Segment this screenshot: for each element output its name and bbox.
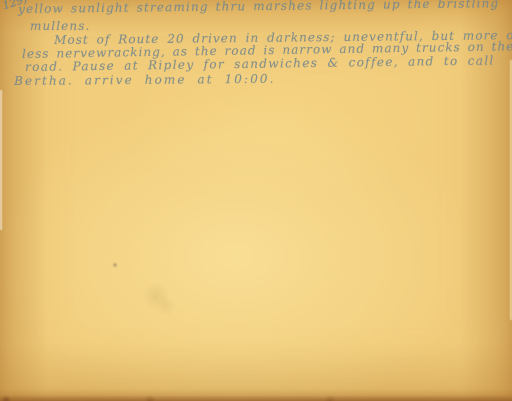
scan-edge-left (0, 90, 2, 230)
handwriting-line-2: mullens. (30, 19, 90, 33)
handwriting-line-6: Bertha. arrive home at 10:00. (14, 72, 276, 88)
scanned-journal-page: 129) yellow sunlight streaming thru mars… (0, 0, 512, 401)
